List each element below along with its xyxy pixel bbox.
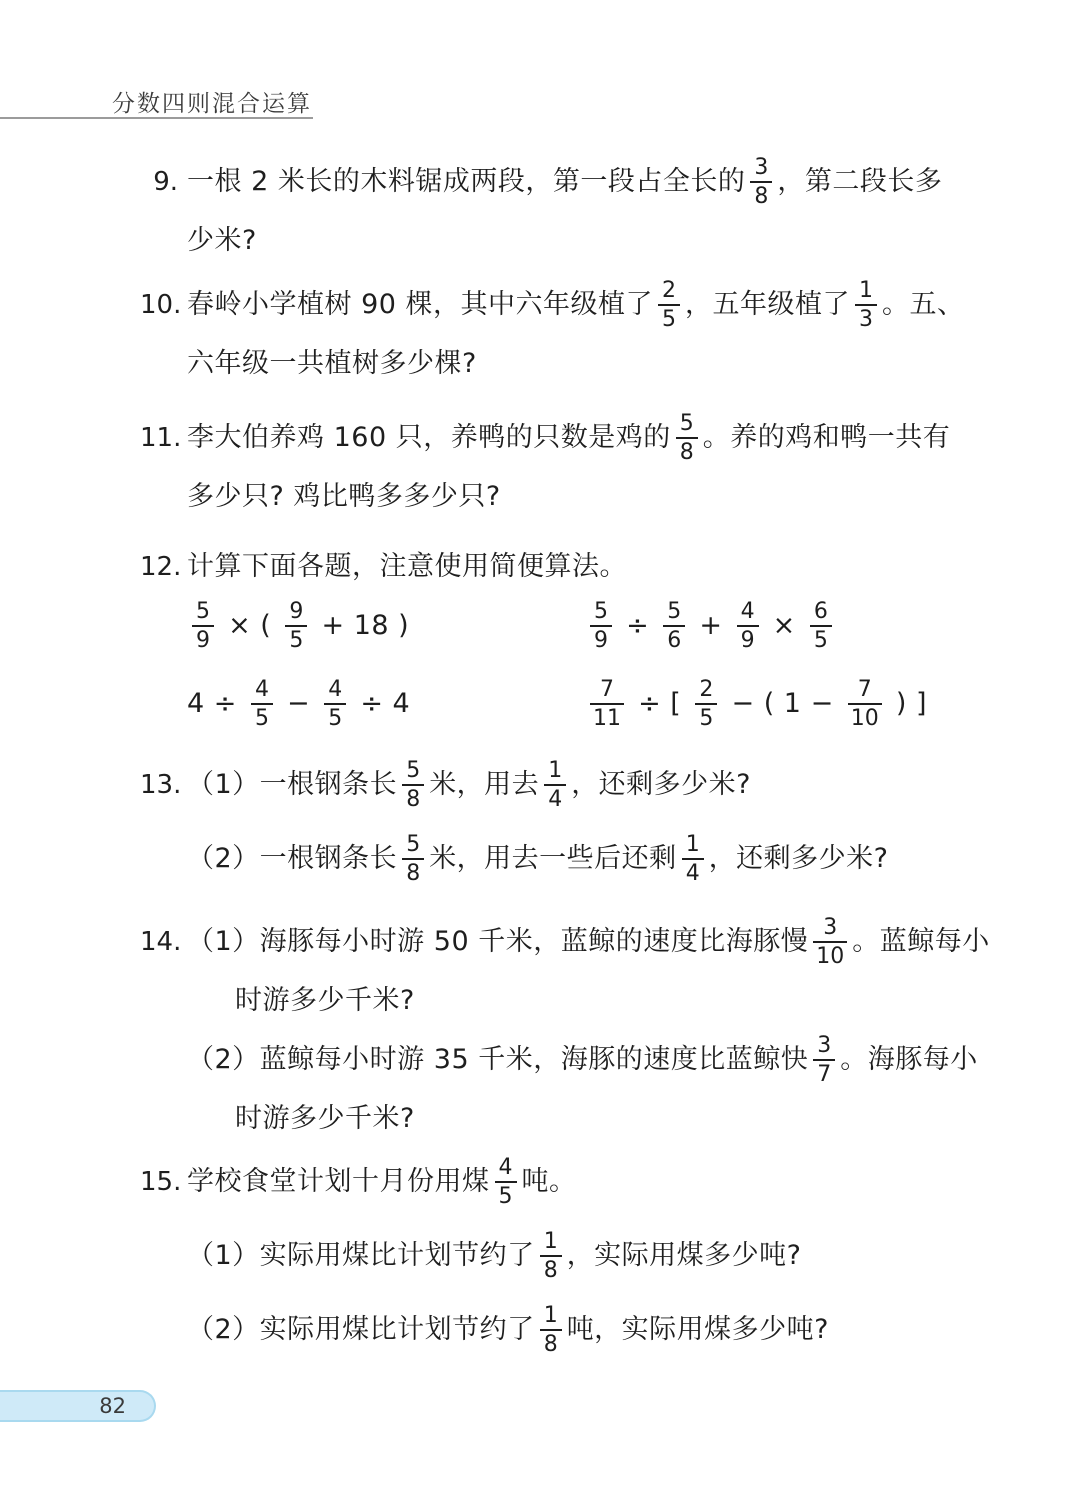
problem-line: （2）实际用煤比计划节约了18吨，实际用煤多少吨? [140,1298,955,1362]
numerator: 9 [286,599,306,624]
problem-15: 学校食堂计划十月份用煤45吨。15.（1）实际用煤比计划节约了18，实际用煤多少… [140,1150,955,1362]
text-run: 少米? [187,222,257,260]
page-number: 82 [99,1394,126,1418]
denominator: 5 [659,307,679,332]
fraction: 14 [544,758,566,812]
problem-number: 9. [140,167,178,197]
text-run: − [278,685,319,723]
fraction-bar [192,625,214,627]
fraction: 95 [285,599,307,653]
fraction-bar [590,625,612,627]
fraction-bar [676,437,698,439]
text-run: + 18 ) [312,607,409,645]
text-run: ，还剩多少米? [709,840,889,878]
problem-line: （1）实际用煤比计划节约了18，实际用煤多少吨? [140,1224,955,1288]
text-run: 4 ÷ [187,685,246,723]
fraction: 59 [192,599,214,653]
expression-row: 59 × ( 95 + 18 )59 ÷ 56 + 49 × 65 [140,594,955,658]
fraction-bar [663,625,685,627]
problem-line: 一根 2 米长的木料锯成两段，第一段占全长的38，第二段长多9. [140,150,955,214]
problem-line: （1）海豚每小时游 50 千米，蓝鲸的速度比海豚慢310。蓝鲸每小14. [140,910,955,974]
fraction: 13 [855,278,877,332]
fraction: 14 [682,832,704,886]
fraction: 310 [813,915,847,969]
fraction: 18 [540,1303,562,1357]
numerator: 1 [856,278,876,303]
numerator: 5 [591,599,611,624]
denominator: 8 [541,1332,561,1357]
problem-line: 学校食堂计划十月份用煤45吨。15. [140,1150,955,1214]
textbook-page: 分数四则混合运算 一根 2 米长的木料锯成两段，第一段占全长的38，第二段长多9… [0,0,1080,1504]
fraction-bar [324,703,346,705]
denominator: 9 [591,628,611,653]
text-run: ，五年级植了 [685,286,850,324]
fraction-bar [813,941,847,943]
text-run: ÷ [617,607,658,645]
text-run: 一根 2 米长的木料锯成两段，第一段占全长的 [187,163,745,201]
text-run: 米，用去一些后还剩 [429,840,677,878]
problem-line: 李大伯养鸡 160 只，养鸭的只数是鸡的58。养的鸡和鸭一共有11. [140,406,955,470]
fraction-bar [285,625,307,627]
numerator: 5 [403,758,423,783]
text-run: × [764,607,805,645]
problem-line: 春岭小学植树 90 棵，其中六年级植了25，五年级植了13。五、10. [140,273,955,337]
numerator: 3 [820,915,840,940]
text-run: 春岭小学植树 90 棵，其中六年级植了 [187,286,653,324]
text-run: （2）蓝鲸每小时游 35 千米，海豚的速度比蓝鲸快 [187,1041,808,1079]
page-number-badge: 82 [0,1390,156,1422]
expression: 4 ÷ 45 − 45 ÷ 4 [187,677,585,731]
numerator: 5 [403,832,423,857]
text-run: ，实际用煤多少吨? [567,1237,802,1275]
text-run: 。蓝鲸每小 [852,923,990,961]
numerator: 4 [325,677,345,702]
problem-13: （1）一根钢条长58米，用去14，还剩多少米?13.（2）一根钢条长58米，用去… [140,753,955,891]
fraction: 49 [737,599,759,653]
numerator: 1 [545,758,565,783]
fraction-bar [544,784,566,786]
problem-line: 多少只? 鸡比鸭多多少只? [140,478,955,516]
denominator: 5 [325,706,345,731]
expression: 711 ÷ [ 25 − ( 1 − 710 ) ] [585,677,927,731]
text-run: 米，用去 [429,766,539,804]
fraction-bar [848,703,882,705]
denominator: 8 [751,184,771,209]
denominator: 8 [677,440,697,465]
problem-number: 11. [140,423,178,453]
fraction-bar [590,703,624,705]
fraction: 58 [402,832,424,886]
problem-11: 李大伯养鸡 160 只，养鸭的只数是鸡的58。养的鸡和鸭一共有11.多少只? 鸡… [140,406,955,516]
text-run: ÷ 4 [351,685,410,723]
numerator: 2 [659,278,679,303]
text-run: − ( 1 − [722,685,842,723]
expression: 59 ÷ 56 + 49 × 65 [585,599,837,653]
text-run: 。海豚每小 [840,1041,978,1079]
numerator: 5 [664,599,684,624]
denominator: 8 [403,787,423,812]
problem-line: 时游多少千米? [140,1100,955,1138]
numerator: 4 [252,677,272,702]
denominator: 5 [696,706,716,731]
fraction-bar [402,858,424,860]
numerator: 7 [855,677,875,702]
problem-14: （1）海豚每小时游 50 千米，蓝鲸的速度比海豚慢310。蓝鲸每小14.时游多少… [140,910,955,1138]
problem-line: 时游多少千米? [140,982,955,1020]
fraction: 65 [810,599,832,653]
denominator: 10 [848,706,882,731]
problem-9: 一根 2 米长的木料锯成两段，第一段占全长的38，第二段长多9.少米? [140,150,955,260]
text-run: 时游多少千米? [235,1100,415,1138]
fraction-bar [251,703,273,705]
fraction-bar [855,304,877,306]
fraction-bar [540,1255,562,1257]
fraction: 18 [540,1229,562,1283]
fraction-bar [810,625,832,627]
fraction-bar [813,1059,835,1061]
text-run: 六年级一共植树多少棵? [187,345,477,383]
expression-row: 4 ÷ 45 − 45 ÷ 4711 ÷ [ 25 − ( 1 − 710 ) … [140,672,955,736]
numerator: 6 [811,599,831,624]
problem-12: 计算下面各题，注意使用简便算法。12.59 × ( 95 + 18 )59 ÷ … [140,548,955,736]
problem-line: （1）一根钢条长58米，用去14，还剩多少米?13. [140,753,955,817]
problem-line: 少米? [140,222,955,260]
problem-number: 15. [140,1167,178,1197]
numerator: 5 [677,411,697,436]
numerator: 3 [751,155,771,180]
fraction: 25 [658,278,680,332]
text-run: 学校食堂计划十月份用煤 [187,1163,490,1201]
fraction-bar [658,304,680,306]
denominator: 10 [813,944,847,969]
numerator: 3 [814,1033,834,1058]
text-run: 李大伯养鸡 160 只，养鸭的只数是鸡的 [187,419,671,457]
denominator: 7 [814,1062,834,1087]
fraction: 710 [848,677,882,731]
numerator: 1 [683,832,703,857]
text-run: （2）实际用煤比计划节约了 [187,1311,535,1349]
text-run: ，第二段长多 [777,163,942,201]
fraction-bar [695,703,717,705]
text-run: （1）海豚每小时游 50 千米，蓝鲸的速度比海豚慢 [187,923,808,961]
problems-list: 一根 2 米长的木料锯成两段，第一段占全长的38，第二段长多9.少米?春岭小学植… [0,0,1080,1504]
numerator: 2 [696,677,716,702]
fraction: 45 [324,677,346,731]
denominator: 5 [496,1184,516,1209]
denominator: 11 [590,706,624,731]
denominator: 8 [403,861,423,886]
fraction-bar [402,784,424,786]
text-run: （1）实际用煤比计划节约了 [187,1237,535,1275]
problem-number: 13. [140,770,178,800]
problem-number: 14. [140,927,178,957]
numerator: 1 [541,1303,561,1328]
text-run: ) ] [887,685,927,723]
problem-line: （2）一根钢条长58米，用去一些后还剩14，还剩多少米? [140,827,955,891]
text-run: ，还剩多少米? [571,766,751,804]
text-run: 吨。 [522,1163,577,1201]
numerator: 4 [496,1155,516,1180]
problem-number: 12. [140,552,178,582]
fraction: 711 [590,677,624,731]
fraction: 25 [695,677,717,731]
fraction-bar [737,625,759,627]
fraction: 37 [813,1033,835,1087]
text-run: ÷ [ [629,685,690,723]
text-run: 时游多少千米? [235,982,415,1020]
fraction: 56 [663,599,685,653]
denominator: 5 [286,628,306,653]
fraction: 59 [590,599,612,653]
problem-line: 六年级一共植树多少棵? [140,345,955,383]
fraction-bar [750,181,772,183]
fraction-bar [540,1329,562,1331]
problem-10: 春岭小学植树 90 棵，其中六年级植了25，五年级植了13。五、10.六年级一共… [140,273,955,383]
denominator: 5 [252,706,272,731]
fraction: 45 [251,677,273,731]
numerator: 1 [541,1229,561,1254]
denominator: 8 [541,1258,561,1283]
problem-number: 10. [140,290,178,320]
denominator: 6 [664,628,684,653]
denominator: 3 [856,307,876,332]
text-run: + [690,607,731,645]
denominator: 4 [545,787,565,812]
fraction: 58 [402,758,424,812]
numerator: 5 [193,599,213,624]
numerator: 7 [597,677,617,702]
text-run: × ( [219,607,280,645]
expression: 59 × ( 95 + 18 ) [187,599,585,653]
fraction-bar [682,858,704,860]
text-run: 计算下面各题，注意使用简便算法。 [187,548,627,586]
denominator: 9 [193,628,213,653]
problem-line: 计算下面各题，注意使用简便算法。12. [140,548,955,586]
denominator: 5 [811,628,831,653]
numerator: 4 [738,599,758,624]
fraction-bar [495,1181,517,1183]
fraction: 45 [495,1155,517,1209]
text-run: 吨，实际用煤多少吨? [567,1311,829,1349]
problem-line: （2）蓝鲸每小时游 35 千米，海豚的速度比蓝鲸快37。海豚每小 [140,1028,955,1092]
denominator: 9 [738,628,758,653]
text-run: 。五、 [882,286,965,324]
text-run: 。养的鸡和鸭一共有 [703,419,951,457]
fraction: 58 [676,411,698,465]
denominator: 4 [683,861,703,886]
text-run: 多少只? 鸡比鸭多多少只? [187,478,501,516]
text-run: （2）一根钢条长 [187,840,397,878]
text-run: （1）一根钢条长 [187,766,397,804]
fraction: 38 [750,155,772,209]
